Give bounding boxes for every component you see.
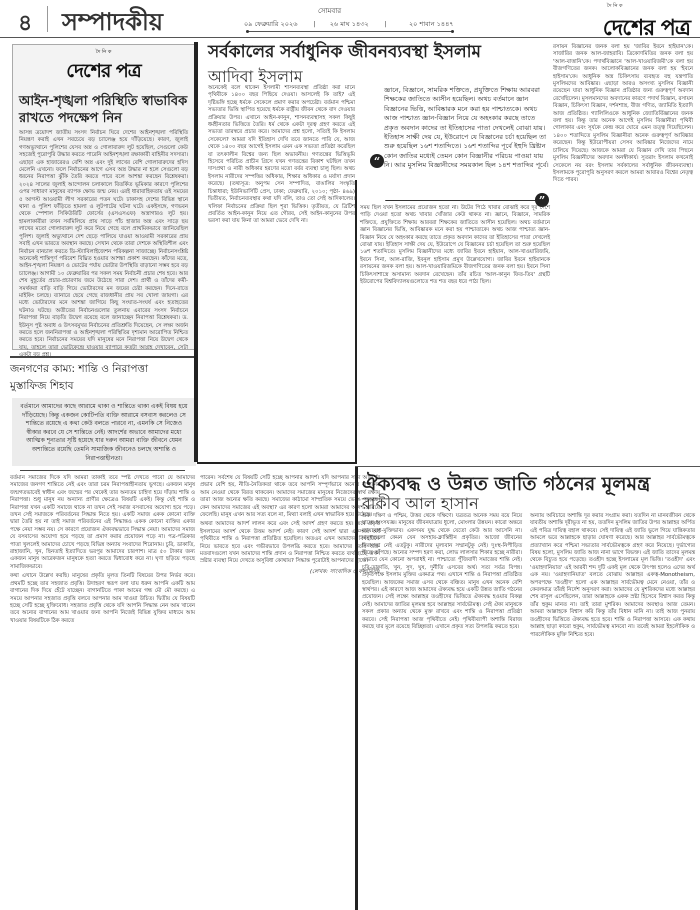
feature-frame-bottom (197, 462, 355, 464)
article-frame-top (355, 466, 700, 467)
date-gregorian: ০৯ ফেব্রুয়ারি ২০২৬ (244, 20, 297, 28)
date-underline (247, 31, 452, 32)
page-number: ৪ (18, 6, 32, 43)
pull-quote: বর্তমানে আমাদের কাছে আরামে থাকা ও শান্তি… (12, 398, 196, 466)
article-column: অন্যায় অবিচারে অশান্তি দূর করার সংগ্রাম… (530, 513, 695, 639)
article-text: অন্যায় অবিচারে অশান্তি দূর করার সংগ্রাম… (530, 513, 695, 639)
article-headline: জনগণের কাম্য: শান্তি ও নিরাপত্তা (10, 362, 148, 379)
open-quote-icon: “ (370, 154, 384, 168)
article-text: অথবা আমাদের আদর্শ লালন করে এবং সেই আদর্শ… (200, 521, 380, 565)
feature-column: রসায়ন বিজ্ঞানের জনক বলা হয় 'জাবির ইবনে… (553, 44, 693, 185)
quote-underline (385, 200, 543, 201)
logo-tagline: দৈ নি ক (607, 3, 690, 11)
weekday: সোমবার (318, 5, 341, 17)
feature-column: অনেকেই বলে থাকেন ইসলামী শাসনব্যবস্থা প্র… (208, 85, 355, 226)
underline-dot (246, 30, 249, 33)
date-line: ০৯ ফেব্রুয়ারি ২০২৬| ২৬ মাঘ ১৪৩২| ২০ শাব… (244, 19, 470, 30)
page-masthead: ৪ সম্পাদকীয় সোমবার ০৯ ফেব্রুয়ারি ২০২৬|… (0, 0, 700, 38)
feature-column: সময় ছিল যখন ইসলামের প্রয়োজন হতো না। উট… (360, 205, 550, 286)
newspaper-logo: দৈ নি ক দেশের পত্র (603, 3, 690, 48)
article-column: বর্তমান সমাজের দিকে যদি আমরা তাকাই তবে স… (10, 475, 195, 627)
article-text: পারেন। সর্বশেষ যে বিষয়টি সেটি হচ্ছে আপন… (200, 475, 380, 519)
logo-name: দেশের পত্র (603, 15, 690, 41)
feature-text: সময় ছিল যখন ইসলামের প্রয়োজন হতো না। উট… (360, 205, 550, 286)
editorial-box: দৈ নি ক দেশের পত্র আইন-শৃঙ্খলা পরিস্থিতি… (12, 44, 195, 350)
section-title: সম্পাদকীয় (62, 4, 163, 44)
section-divider (10, 356, 196, 358)
article-text: বর্তমান সমাজের দিকে যদি আমরা তাকাই তবে স… (10, 475, 195, 571)
feature-headline: সর্বকালের সর্বাধুনিক জীবনব্যবস্থা ইসলাম (208, 42, 481, 62)
feature-frame-right (355, 180, 357, 464)
author-signature: (লেখক: সাংবাদিক ও কলামিস্ট) (200, 568, 380, 577)
pull-quote-divider (20, 470, 185, 471)
date-bangla: ২৬ মাঘ ১৪৩২ (330, 20, 369, 28)
date-hijri: ২০ শাবান ১৪৪৭ (409, 20, 454, 28)
article-text: কথা এখানে উল্লেখ করছি। মানুষের প্রকৃতি ম… (10, 573, 195, 625)
article-column: পারেন। সর্বশেষ যে বিষয়টি সেটি হচ্ছে আপন… (200, 475, 380, 577)
article-text: শুরু দক্ষিণ ও পশ্চিম, উত্তর থেকে দক্ষিণে… (362, 513, 522, 632)
feature-text: অনেকেই বলে থাকেন ইসলামী শাসনব্যবস্থা প্র… (208, 85, 355, 226)
underline-dot (451, 30, 454, 33)
logo-tagline: দৈ নি ক (19, 49, 188, 57)
masthead-separator (47, 6, 48, 32)
feature-text: রসায়ন বিজ্ঞানের জনক বলা হয় 'জাবির ইবনে… (553, 44, 693, 185)
feature-pull-quote: জ্ঞানে, বিজ্ঞানে, সামরিক শক্তিতে, প্রযুক… (384, 86, 549, 200)
article-column: শুরু দক্ষিণ ও পশ্চিম, উত্তর থেকে দক্ষিণে… (362, 513, 522, 632)
article-author: মুস্তাফিজ শিহাব (10, 379, 73, 396)
feature-frame-left (194, 42, 198, 462)
logo-name: দেশের পত্র (66, 60, 141, 82)
editorial-body: আসন্ন ত্রয়োদশ জাতীয় সংসদ নির্বাচন ঘিরে… (19, 130, 188, 360)
editorial-headline: আইন-শৃঙ্খলা পরিস্থিতি স্বাভাবিক রাখতে পদ… (19, 93, 188, 127)
editorial-logo: দৈ নি ক দেশের পত্র (19, 49, 188, 89)
article-frame-left (355, 466, 358, 910)
